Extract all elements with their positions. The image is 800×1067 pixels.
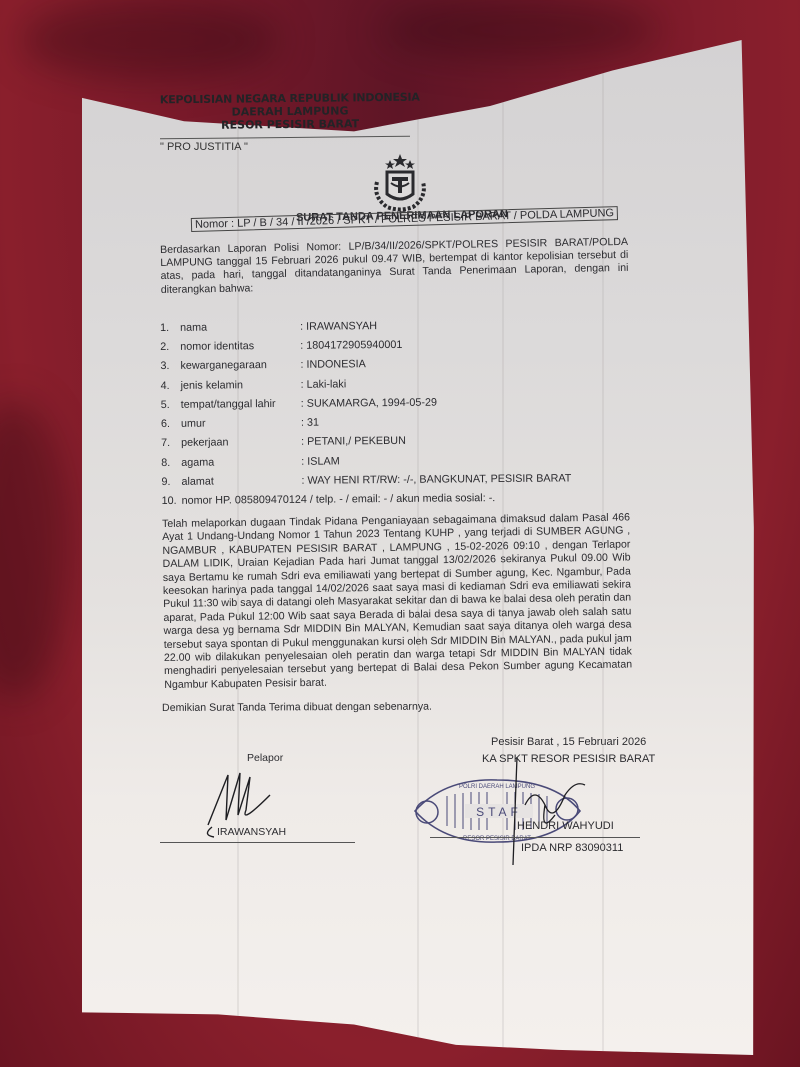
pro-justitia: " PRO JUSTITIA " — [160, 141, 248, 153]
row-number: 8. — [161, 457, 181, 469]
field-label: kewarganegaraan — [180, 359, 300, 372]
field-label: pekerjaan — [181, 436, 301, 449]
row-number: 10. — [162, 495, 182, 507]
reporter-name: IRAWANSYAH — [217, 826, 286, 838]
field-value: : IRAWANSYAH — [300, 318, 630, 333]
field-label: tempat/tanggal lahir — [181, 398, 301, 411]
field-value: : 31 — [301, 414, 631, 429]
incident-report-paragraph: Telah melaporkan dugaan Tindak Pidana Pe… — [162, 511, 632, 692]
intro-paragraph: Berdasarkan Laporan Polisi Nomor: LP/B/3… — [160, 236, 629, 297]
field-label: alamat — [181, 475, 301, 488]
document: KEPOLISIAN NEGARA REPUBLIK INDONESIA DAE… — [0, 0, 800, 1067]
closing-statement: Demikian Surat Tanda Terima dibuat denga… — [162, 700, 630, 716]
row-number: 1. — [160, 321, 180, 333]
row-number: 2. — [160, 341, 180, 353]
police-emblem-icon — [367, 152, 433, 214]
resort-name: RESOR PESISIR BARAT — [160, 117, 420, 133]
reporter-signature-line — [160, 842, 355, 843]
letterhead-divider — [160, 136, 410, 140]
reporter-identity-list: 1. nama : IRAWANSYAH 2. nomor identitas … — [160, 314, 632, 511]
reporter-label: Pelapor — [247, 752, 283, 764]
row-number: 3. — [160, 360, 180, 372]
field-value: : Laki-laki — [301, 375, 631, 390]
field-value: : SUKAMARGA, 1994-05-29 — [301, 395, 631, 410]
contact-details: nomor HP. 085809470124 / telp. - / email… — [182, 491, 632, 507]
identity-row: 10. nomor HP. 085809470124 / telp. - / e… — [162, 488, 632, 511]
officer-name: HENDRI WAHYUDI — [517, 820, 614, 832]
row-number: 9. — [161, 476, 181, 488]
field-value: : PETANI,/ PEKEBUN — [301, 433, 631, 448]
field-value: : INDONESIA — [300, 356, 630, 371]
field-label: umur — [181, 417, 301, 430]
field-value: : 1804172905940001 — [300, 337, 630, 352]
field-label: jenis kelamin — [181, 378, 301, 391]
row-number: 5. — [161, 399, 181, 411]
letterhead: KEPOLISIAN NEGARA REPUBLIK INDONESIA DAE… — [160, 91, 420, 133]
field-label: nama — [180, 320, 300, 333]
row-number: 4. — [161, 379, 181, 391]
officer-signature-line — [430, 837, 640, 838]
row-number: 7. — [161, 437, 181, 449]
field-label: agama — [181, 455, 301, 468]
field-value: : WAY HENI RT/RW: -/-, BANGKUNAT, PESISI… — [301, 472, 631, 487]
place-date: Pesisir Barat , 15 Februari 2026 — [491, 736, 646, 748]
officer-rank-nrp: IPDA NRP 83090311 — [521, 842, 623, 854]
row-number: 6. — [161, 418, 181, 430]
field-label: nomor identitas — [180, 340, 300, 353]
field-value: : ISLAM — [301, 453, 631, 468]
